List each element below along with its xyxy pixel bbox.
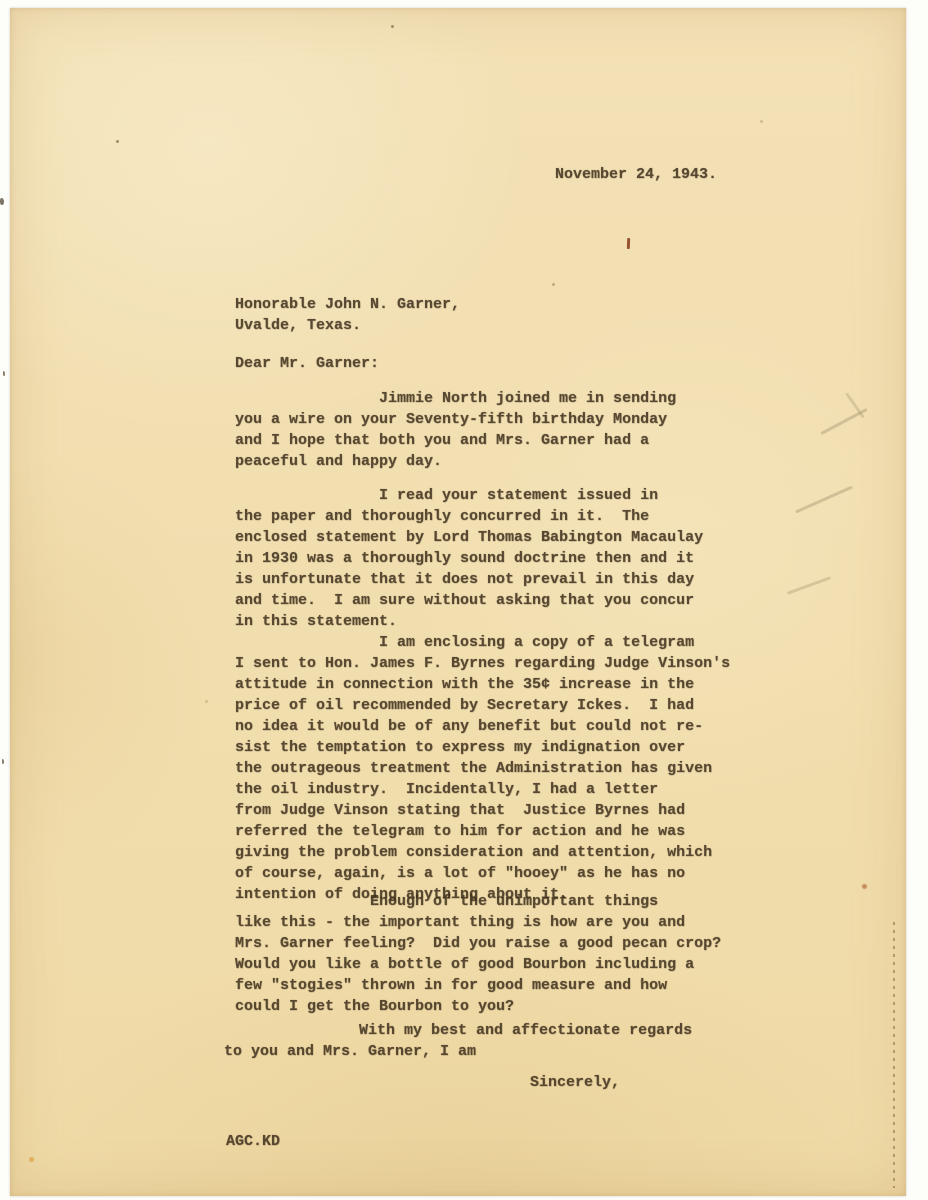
letter-scan: November 24, 1943. Honorable John N. Gar… [0, 0, 928, 1200]
date-text: November 24, 1943. [555, 166, 717, 183]
salutation-text: Dear Mr. Garner: [235, 355, 379, 372]
typist-initials-text: AGC.KD [226, 1133, 280, 1150]
letter-date: November 24, 1943. [555, 164, 717, 185]
text-line: to you and Mrs. Garner, I am [224, 1041, 692, 1062]
ink-tick-mark [627, 238, 630, 249]
text-line: Enough of the unimportant things [235, 891, 721, 912]
text-line: peaceful and happy day. [235, 451, 676, 472]
text-line: Jimmie North joined me in sending [235, 388, 676, 409]
paragraph-3: I am enclosing a copy of a telegramI sen… [235, 632, 730, 905]
signoff: Sincerely, [530, 1072, 620, 1093]
scanner-edge-specks [0, 198, 4, 205]
text-line: in this statement. [235, 611, 703, 632]
text-line: I am enclosing a copy of a telegram [235, 632, 730, 653]
text-line: in 1930 was a thoroughly sound doctrine … [235, 548, 703, 569]
paper-specks [0, 0, 3, 3]
text-line: like this - the important thing is how a… [235, 912, 721, 933]
text-line: the paper and thoroughly concurred in it… [235, 506, 703, 527]
text-line: I sent to Hon. James F. Byrnes regarding… [235, 653, 730, 674]
text-line: I read your statement issued in [235, 485, 703, 506]
text-line: Uvalde, Texas. [235, 315, 460, 336]
text-line: price of oil recommended by Secretary Ic… [235, 695, 730, 716]
text-line: few "stogies" thrown in for good measure… [235, 975, 721, 996]
paragraph-4: Enough of the unimportant thingslike thi… [235, 891, 721, 1017]
text-line: you a wire on your Seventy-fifth birthda… [235, 409, 676, 430]
text-line: and time. I am sure without asking that … [235, 590, 703, 611]
fold-perforation-line [893, 922, 895, 1188]
text-line: no idea it would be of any benefit but c… [235, 716, 730, 737]
text-line: sist the temptation to express my indign… [235, 737, 730, 758]
paragraph-1: Jimmie North joined me in sendingyou a w… [235, 388, 676, 472]
text-line: giving the problem consideration and att… [235, 842, 730, 863]
text-line: With my best and affectionate regards [224, 1020, 692, 1041]
closing-lines: With my best and affectionate regardsto … [224, 1020, 692, 1062]
text-line: Would you like a bottle of good Bourbon … [235, 954, 721, 975]
typist-initials: AGC.KD [226, 1131, 280, 1152]
salutation: Dear Mr. Garner: [235, 353, 379, 374]
text-line: the outrageous treatment the Administrat… [235, 758, 730, 779]
text-line: and I hope that both you and Mrs. Garner… [235, 430, 676, 451]
text-line: attitude in connection with the 35¢ incr… [235, 674, 730, 695]
text-line: Mrs. Garner feeling? Did you raise a goo… [235, 933, 721, 954]
text-line: from Judge Vinson stating that Justice B… [235, 800, 730, 821]
text-line: enclosed statement by Lord Thomas Babing… [235, 527, 703, 548]
text-line: the oil industry. Incidentally, I had a … [235, 779, 730, 800]
signoff-text: Sincerely, [530, 1074, 620, 1091]
text-line: of course, again, is a lot of "hooey" as… [235, 863, 730, 884]
text-line: is unfortunate that it does not prevail … [235, 569, 703, 590]
text-line: could I get the Bourbon to you? [235, 996, 721, 1017]
recipient-address: Honorable John N. Garner,Uvalde, Texas. [235, 294, 460, 336]
text-line: Honorable John N. Garner, [235, 294, 460, 315]
text-line: referred the telegram to him for action … [235, 821, 730, 842]
paragraph-2: I read your statement issued inthe paper… [235, 485, 703, 632]
